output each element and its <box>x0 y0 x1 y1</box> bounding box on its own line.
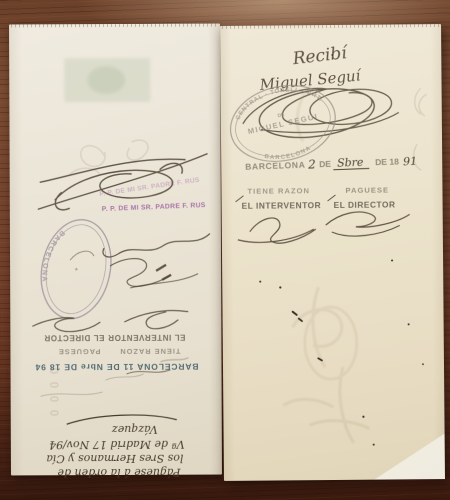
date-de1-stamp: DE <box>319 159 332 169</box>
date-day-handwritten: 2 <box>307 157 316 171</box>
note-line-4: Vázquez <box>112 423 158 436</box>
faint-pencil-marks <box>70 140 149 174</box>
right-document: Recibí Miguel Seguí CENTRAL · TORELL · A… <box>220 24 445 481</box>
date-month-handwritten: Sbre <box>337 156 364 170</box>
note-flourish <box>67 415 177 424</box>
interventor-stamp: EL INTERVENTOR <box>242 200 322 211</box>
tiene-razon-stamp: TIENE RAZON <box>247 186 310 196</box>
left-paguese-stamp: PAGUESE <box>58 347 101 356</box>
recibi-heading: Recibí <box>291 43 351 69</box>
control-number-watermark: 0 0 0 0 <box>48 366 62 417</box>
left-oval-stamp-text: BARCELONA <box>38 226 67 286</box>
left-document: P. P. DE MI SR. PADRE F. RUS P. P. DE MI… <box>9 24 222 476</box>
faint-revenue-stamp <box>64 58 150 102</box>
photo-of-receipts: P. P. DE MI SR. PADRE F. RUS P. P. DE MI… <box>0 0 450 500</box>
left-oval-stamp: BARCELONA ✦ <box>32 213 120 325</box>
handwritten-note-upside-down: Páguese á la orden de los Sres Hermanos … <box>46 415 185 480</box>
date-de2-stamp: DE 18 <box>375 156 399 167</box>
purple-stamp: P. P. DE MI SR. PADRE F. RUS <box>102 202 206 213</box>
date-city-stamp: BARCELONA <box>245 160 306 172</box>
left-director-stamp: EL DIRECTOR <box>44 333 105 342</box>
left-document-markings: P. P. DE MI SR. PADRE F. RUS P. P. DE MI… <box>9 24 222 476</box>
show-through-marks <box>281 85 370 444</box>
purple-stamp-echo: P. P. DE MI SR. PADRE F. RUS <box>99 177 200 198</box>
right-document-markings: Recibí Miguel Seguí CENTRAL · TORELL · A… <box>220 24 445 481</box>
approval-block-upside-down: BARCELONA 11 DE Nbre DE 18 94 TIENE RAZO… <box>32 310 198 374</box>
cursive-scribbles <box>70 234 210 289</box>
note-line-1: Páguese á la orden de <box>57 466 181 480</box>
paguese-stamp: PAGUESE <box>345 186 389 195</box>
director-stamp: EL DIRECTOR <box>334 199 396 210</box>
left-interventor-stamp: EL INTERVENTOR <box>108 333 186 342</box>
left-oval-stamp-dot: ✦ <box>72 266 80 272</box>
date-year-handwritten: 91 <box>403 155 417 168</box>
note-line-3: Vª de Madrid 17 Nov/94 <box>49 438 185 452</box>
left-tiene-razon-stamp: TIENE RAZON <box>119 347 180 356</box>
note-line-2: los Sres Hermanos y Cía <box>46 452 183 466</box>
svg-text:BARCELONA: BARCELONA <box>38 226 67 286</box>
